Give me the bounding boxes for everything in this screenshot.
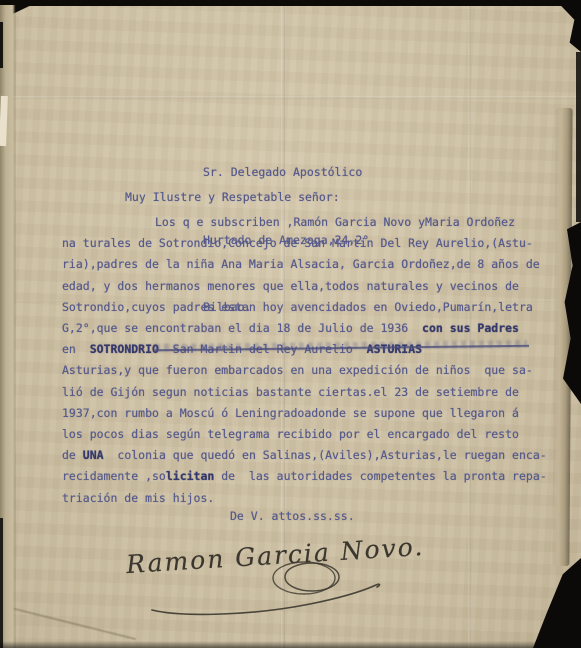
letter-text-segment: en [62,342,90,356]
bottom-edge-shadow [0,641,581,648]
letter-text-segment: Los q e subscriben ,Ramón Garcia Novo yM… [155,215,515,229]
letter-text-segment: triación de mis hijos. [62,491,214,505]
letter-line: na turales de Sotrondio,Concejo de San M… [62,233,548,254]
closing-line: De V. attos.ss.ss. [230,509,355,523]
letter-line: Sotrondio,cuyos padres estan hoy avencid… [62,297,548,318]
letter-text-segment: los pocos dias según telegrama recibido … [62,427,519,441]
letter-line: G,2°,que se encontraban el dia 18 de Jul… [62,318,548,339]
top-edge-shadow [0,0,581,6]
letter-text-segment: de las autoridades competentes la pronta… [214,469,546,483]
letter-line: Asturias,y que fueron embarcados en una … [62,360,548,381]
letter-line: ria),padres de la niña Ana Maria Alsacia… [62,254,548,275]
letter-text-segment: edad, y dos hermanos menores que ella,to… [62,279,519,293]
letter-text-segment: 1937,con rumbo a Moscú ó Leningradoadond… [62,406,519,420]
letter-text-segment: ria),padres de la niña Ana Maria Alsacia… [62,257,540,271]
salutation: Muy Ilustre y Respetable señor: [125,190,340,204]
letter-text-segment: G,2°,que se encontraban el dia 18 de Jul… [62,321,422,335]
horizontal-crease [0,96,581,99]
letter-line: de UNA colonia que quedó en Salinas,(Avi… [62,445,548,466]
letter-text-segment: Asturias,y que fueron embarcados en una … [62,363,533,377]
letter-text-segment: con sus Padres [422,321,519,335]
letter-line: triación de mis hijos. [62,488,548,509]
recipient-line: Sr. Delegado Apostólico [203,161,369,184]
letter-line: lió de Gijón segun noticias bastante cie… [62,382,548,403]
letter-text-segment: recidamente ,so [62,469,166,483]
letter-line: los pocos dias según telegrama recibido … [62,424,548,445]
letter-line: en SOTRONDRIO San Martin del Rey Aurelio… [62,339,548,360]
letter-line: 1937,con rumbo a Moscú ó Leningradoadond… [62,403,548,424]
right-folded-strip [552,108,572,566]
letter-text-segment: Sotrondio,cuyos padres estan hoy avencid… [62,300,533,314]
body-lines: Los q e subscriben ,Ramón Garcia Novo yM… [62,212,548,509]
left-edge-shadow [0,22,3,68]
left-edge-shadow [0,518,3,648]
scanned-letter-page: Sr. Delegado Apostólico Hurtado de Ameza… [0,0,581,648]
letter-text-segment: de [62,448,83,462]
right-edge-shadow [576,52,581,222]
letter-text-segment: colonia que quedó en Salinas,(Aviles),As… [104,448,547,462]
signature-flourish [140,560,410,622]
letter-text-segment: lió de Gijón segun noticias bastante cie… [62,385,519,399]
letter-line: Los q e subscriben ,Ramón Garcia Novo yM… [62,212,548,233]
letter-text-segment: SOTRONDRIO [90,342,159,356]
letter-line: recidamente ,solicitan de las autoridade… [62,466,548,487]
letter-line: edad, y dos hermanos menores que ella,to… [62,276,548,297]
letter-text-segment: na turales de Sotrondio,Concejo de San M… [62,236,533,250]
letter-text-segment: licitan [166,469,214,483]
letter-text-segment: UNA [83,448,104,462]
